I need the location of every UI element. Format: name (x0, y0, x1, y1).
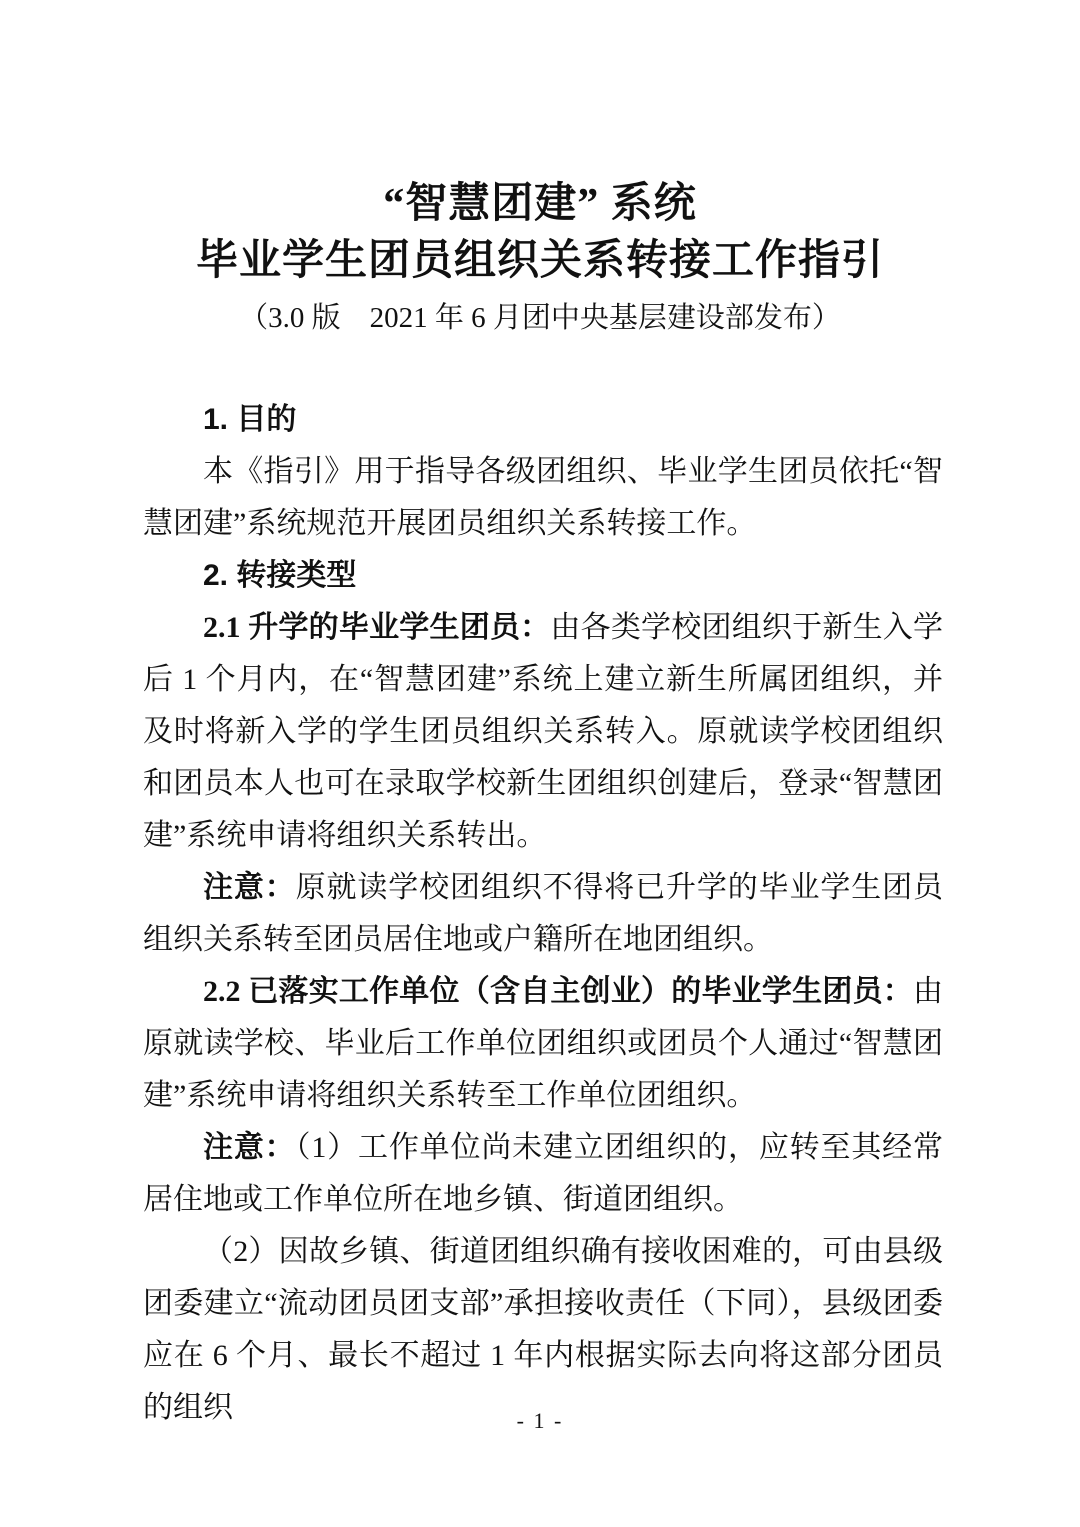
document-subtitle: （3.0 版 2021 年 6 月团中央基层建设部发布） (0, 298, 1080, 338)
paragraph-text: 由各类学校团组织于新生入学后 1 个月内，在“智慧团建”系统上建立新生所属团组织… (143, 611, 943, 852)
section-heading-purpose: 1. 目的 (143, 394, 943, 446)
document-title-line-2: 毕业学生团员组织关系转接工作指引 (0, 233, 1080, 290)
paragraph-note-2-2-item-2: （2）因故乡镇、街道团组织确有接收困难的，可由县级团委建立“流动团员团支部”承担… (143, 1226, 943, 1434)
paragraph-purpose: 本《指引》用于指导各级团组织、毕业学生团员依托“智慧团建”系统规范开展团员组织关… (143, 446, 943, 550)
paragraph-lead: 注意： (203, 871, 296, 904)
paragraph-text: （2）因故乡镇、街道团组织确有接收困难的，可由县级团委建立“流动团员团支部”承担… (143, 1235, 943, 1424)
paragraph-lead: 2.2 已落实工作单位（含自主创业）的毕业学生团员： (203, 975, 913, 1008)
paragraph-lead: 注意： (203, 1131, 296, 1164)
paragraph-note-2-2-item-1: 注意：（1）工作单位尚未建立团组织的，应转至其经常居住地或工作单位所在地乡镇、街… (143, 1122, 943, 1226)
paragraph-2-1: 2.1 升学的毕业学生团员：由各类学校团组织于新生入学后 1 个月内，在“智慧团… (143, 602, 943, 862)
page-number: - 1 - (0, 1406, 1080, 1436)
paragraph-note-2-1: 注意：原就读学校团组织不得将已升学的毕业学生团员组织关系转至团员居住地或户籍所在… (143, 862, 943, 966)
paragraph-2-2: 2.2 已落实工作单位（含自主创业）的毕业学生团员：由原就读学校、毕业后工作单位… (143, 966, 943, 1122)
paragraph-text: 本《指引》用于指导各级团组织、毕业学生团员依托“智慧团建”系统规范开展团员组织关… (143, 455, 943, 540)
document-title-line-1: “智慧团建” 系统 (0, 176, 1080, 233)
document-page: “智慧团建” 系统 毕业学生团员组织关系转接工作指引 （3.0 版 2021 年… (0, 0, 1080, 1527)
paragraph-lead: 2.1 升学的毕业学生团员： (203, 611, 550, 644)
document-title-block: “智慧团建” 系统 毕业学生团员组织关系转接工作指引 （3.0 版 2021 年… (0, 176, 1080, 338)
document-body: 1. 目的 本《指引》用于指导各级团组织、毕业学生团员依托“智慧团建”系统规范开… (143, 394, 943, 1434)
section-heading-transfer-types: 2. 转接类型 (143, 550, 943, 602)
